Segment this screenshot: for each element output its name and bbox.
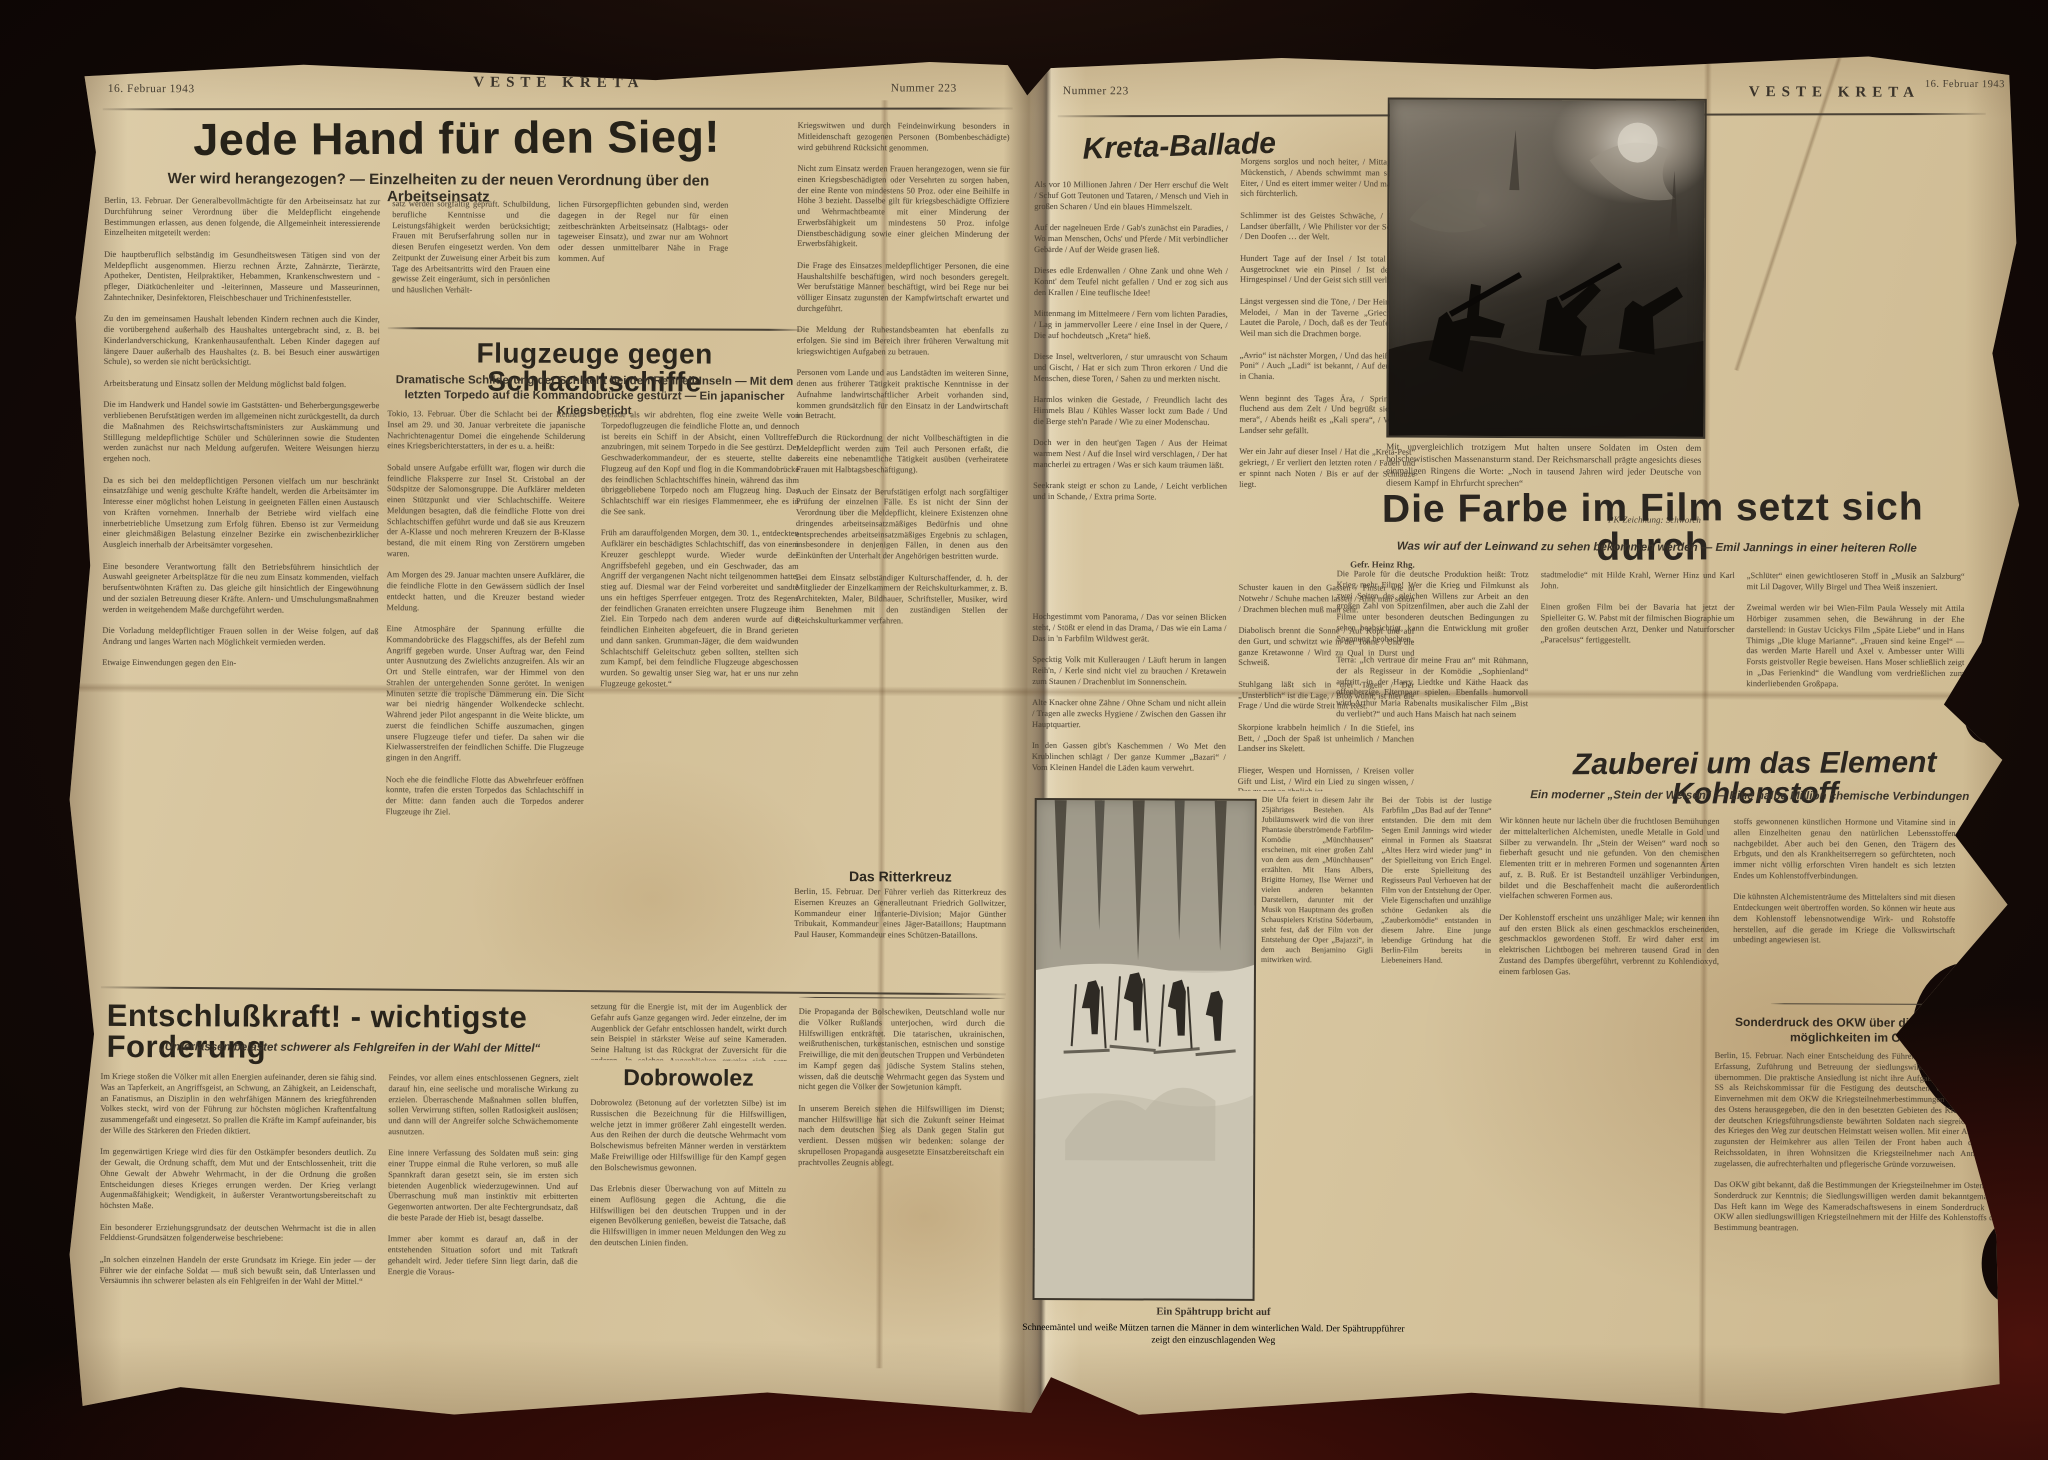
okw-rule: [1771, 1003, 1941, 1005]
entschluss-column-2: Feindes, vor allem eines entschlossenen …: [387, 1073, 578, 1412]
ski-patrol-image: [1033, 798, 1257, 1301]
left-page-masthead: VESTE KRETA: [449, 75, 669, 91]
entschluss-column-4: Die Propaganda der Bolschewiken, Deutsch…: [797, 1007, 1005, 1414]
lead-column-3: lichen Fürsorgepflichten gebunden sind, …: [558, 200, 729, 319]
ballade-column-1: Als vor 10 Millionen Jahren / Der Herr e…: [1033, 180, 1229, 605]
ski-image-caption-title: Ein Spähtrupp bricht auf: [1013, 1306, 1413, 1320]
header-rule: [103, 107, 1013, 110]
ski-image-caption: Schneemäntel und weiße Mützen tarnen die…: [1013, 1322, 1413, 1348]
lead-column-2: satz werden sorgfältig geprüft. Schulbil…: [392, 199, 551, 318]
film-column-3: „Schlüter“ einen gewichtloseren Stoff in…: [1746, 571, 1965, 740]
right-page-date: 16. Februar 1943: [1925, 80, 2005, 91]
ritterkreuz-text: Berlin, 15. Februar. Der Führer verlieh …: [794, 887, 1006, 988]
paper-tear: [1957, 643, 2048, 753]
small-rule: [799, 997, 1005, 999]
entschluss-column-1: Im Kriege stoßen die Völker mit allen En…: [99, 1072, 376, 1411]
photo-backdrop: 16. Februar 1943 VESTE KRETA Nummer 223 …: [0, 0, 2048, 1460]
flugzeuge-column-2: Gerade als wir abdrehten, flog eine zwei…: [599, 410, 799, 969]
okw-headline: Sonderdruck des OKW über die Siedlungs- …: [1713, 1015, 2003, 1046]
entschluss-column-3-top: setzung für die Energie ist, mit der im …: [591, 1002, 787, 1061]
right-page-masthead: VESTE KRETA: [1749, 85, 1920, 101]
entschluss-subhead: „Unterlassen belastet schwerer als Fehlg…: [125, 1040, 575, 1057]
right-page-issue-number: Nummer 223: [1063, 86, 1129, 98]
dobrowolez-heading: Dobrowolez: [590, 1066, 786, 1090]
left-page-date: 16. Februar 1943: [108, 84, 195, 96]
newspaper-spread: 16. Februar 1943 VESTE KRETA Nummer 223 …: [63, 42, 2025, 1429]
bottom-section-rule: [101, 986, 1006, 995]
okw-body: Berlin, 15. Februar. Nach einer Entschei…: [1713, 1051, 2000, 1382]
left-page-issue-number: Nummer 223: [891, 83, 957, 95]
kohlenstoff-subhead: Ein moderner „Stein der Weisen“ — Eine h…: [1520, 788, 1980, 805]
ski-patrol-figures: [1035, 800, 1255, 1299]
film-continuation-1: Die Ufa feiert in diesem Jahr ihr 25jähr…: [1259, 795, 1373, 1351]
corner-crease: [1734, 30, 1852, 372]
lead-column-1: Berlin, 13. Februar. Der Generalbevollmä…: [101, 196, 380, 983]
film-column-1: Die Parole für die deutsche Produktion h…: [1336, 569, 1529, 738]
ballade-continuation-1: Hochgestimmt vom Panorama, / Das vor sei…: [1032, 612, 1227, 791]
film-column-2: stadtmelodie“ mit Hilde Krahl, Werner Hi…: [1540, 570, 1735, 739]
film-continuation-2: Bei der Tobis ist der lustige Farbfilm „…: [1379, 795, 1491, 1351]
left-page-right-column: Kriegswitwen und durch Feindeinwirkung b…: [794, 121, 1009, 864]
lead-headline: Jede Hand für den Sieg!: [192, 114, 720, 162]
dobrowolez-text: Dobrowolez (Betonung auf der vorletzten …: [589, 1098, 786, 1413]
section-rule: [388, 327, 802, 331]
war-drawing-image: [1386, 97, 1706, 438]
war-drawing-figures: [1388, 100, 1704, 437]
kohlenstoff-column-1: Wir können heute nur lächeln über die fr…: [1497, 816, 1719, 1377]
kohlenstoff-column-2: stoffs gewonnenen künstlichen Hormone un…: [1733, 817, 1956, 994]
flugzeuge-column-1: Tokio, 13. Februar. Über die Schlacht be…: [385, 409, 585, 968]
ritterkreuz-heading: Das Ritterkreuz: [794, 869, 1006, 884]
film-subhead: Was wir auf der Leinwand zu sehen bekomm…: [1397, 540, 1917, 557]
